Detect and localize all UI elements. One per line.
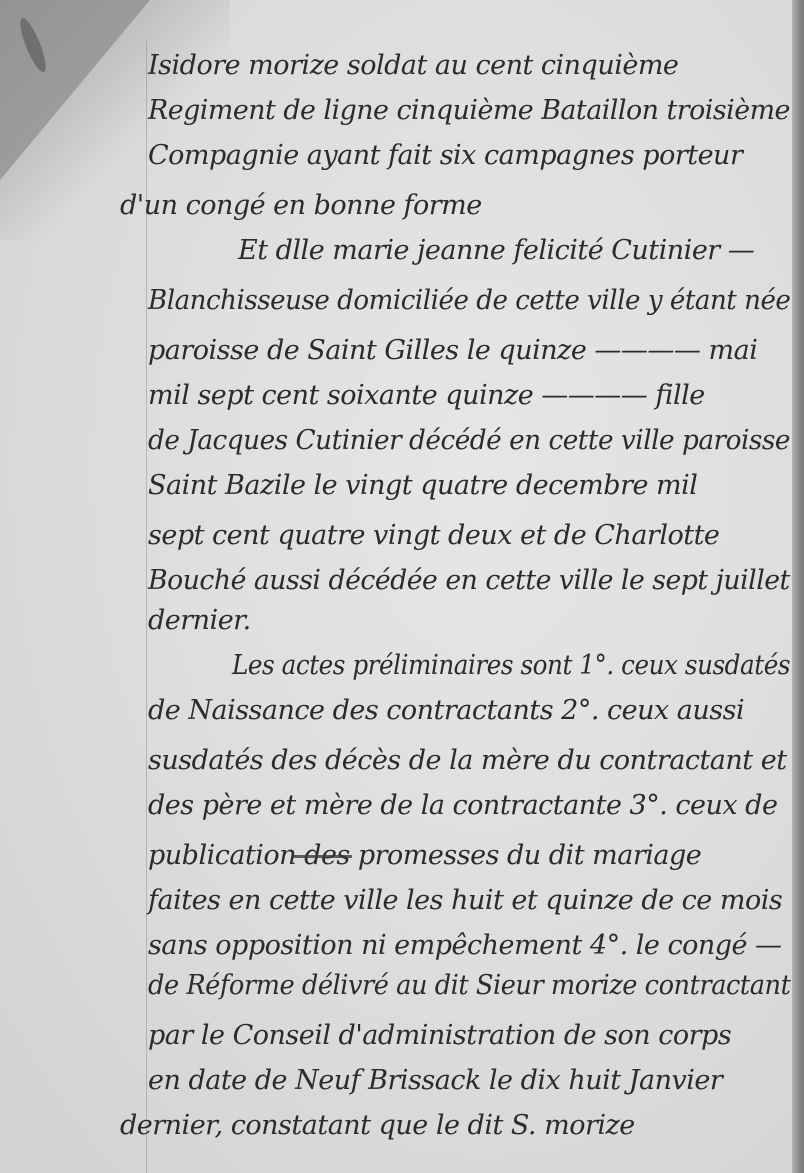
text-line: de Jacques Cutinier décédé en cette vill… — [148, 425, 790, 456]
text-line: Regiment de ligne cinquième Bataillon tr… — [148, 95, 790, 126]
text-line: mil sept cent soixante quinze ———— fille — [148, 380, 705, 411]
text-line: Bouché aussi décédée en cette ville le s… — [148, 565, 790, 596]
page-edge-shadow — [792, 0, 804, 1173]
text-line: de Réforme délivré au dit Sieur morize c… — [148, 970, 790, 1001]
text-line: Compagnie ayant fait six campagnes porte… — [148, 140, 742, 171]
text-line: Et dlle marie jeanne felicité Cutinier — — [238, 235, 754, 266]
text-line: par le Conseil d'administration de son c… — [148, 1020, 731, 1051]
text-line: dernier, constatant que le dit S. morize — [120, 1110, 635, 1141]
text-line: des père et mère de la contractante 3°. … — [148, 790, 777, 821]
text-line: de Naissance des contractants 2°. ceux a… — [148, 695, 744, 726]
text-line: faites en cette ville les huit et quinze… — [148, 885, 782, 916]
text-line: Les actes préliminaires sont 1°. ceux su… — [232, 650, 790, 681]
text-line: d'un congé en bonne forme — [120, 190, 482, 221]
text-line: susdatés des décès de la mère du contrac… — [148, 745, 787, 776]
text-line: publication des promesses du dit mariage — [148, 840, 701, 871]
text-line: Saint Bazile le vingt quatre decembre mi… — [148, 470, 697, 501]
strikethrough-mark — [292, 855, 352, 858]
text-line: sans opposition ni empêchement 4°. le co… — [148, 930, 782, 961]
document-page: Isidore morize soldat au cent cinquième … — [0, 0, 804, 1173]
text-line: en date de Neuf Brissack le dix huit Jan… — [148, 1065, 722, 1096]
text-line: Isidore morize soldat au cent cinquième — [148, 50, 678, 81]
text-line: dernier. — [148, 605, 251, 636]
text-line: Blanchisseuse domiciliée de cette ville … — [148, 285, 790, 316]
text-line: sept cent quatre vingt deux et de Charlo… — [148, 520, 719, 551]
text-line: paroisse de Saint Gilles le quinze ———— … — [148, 335, 757, 366]
